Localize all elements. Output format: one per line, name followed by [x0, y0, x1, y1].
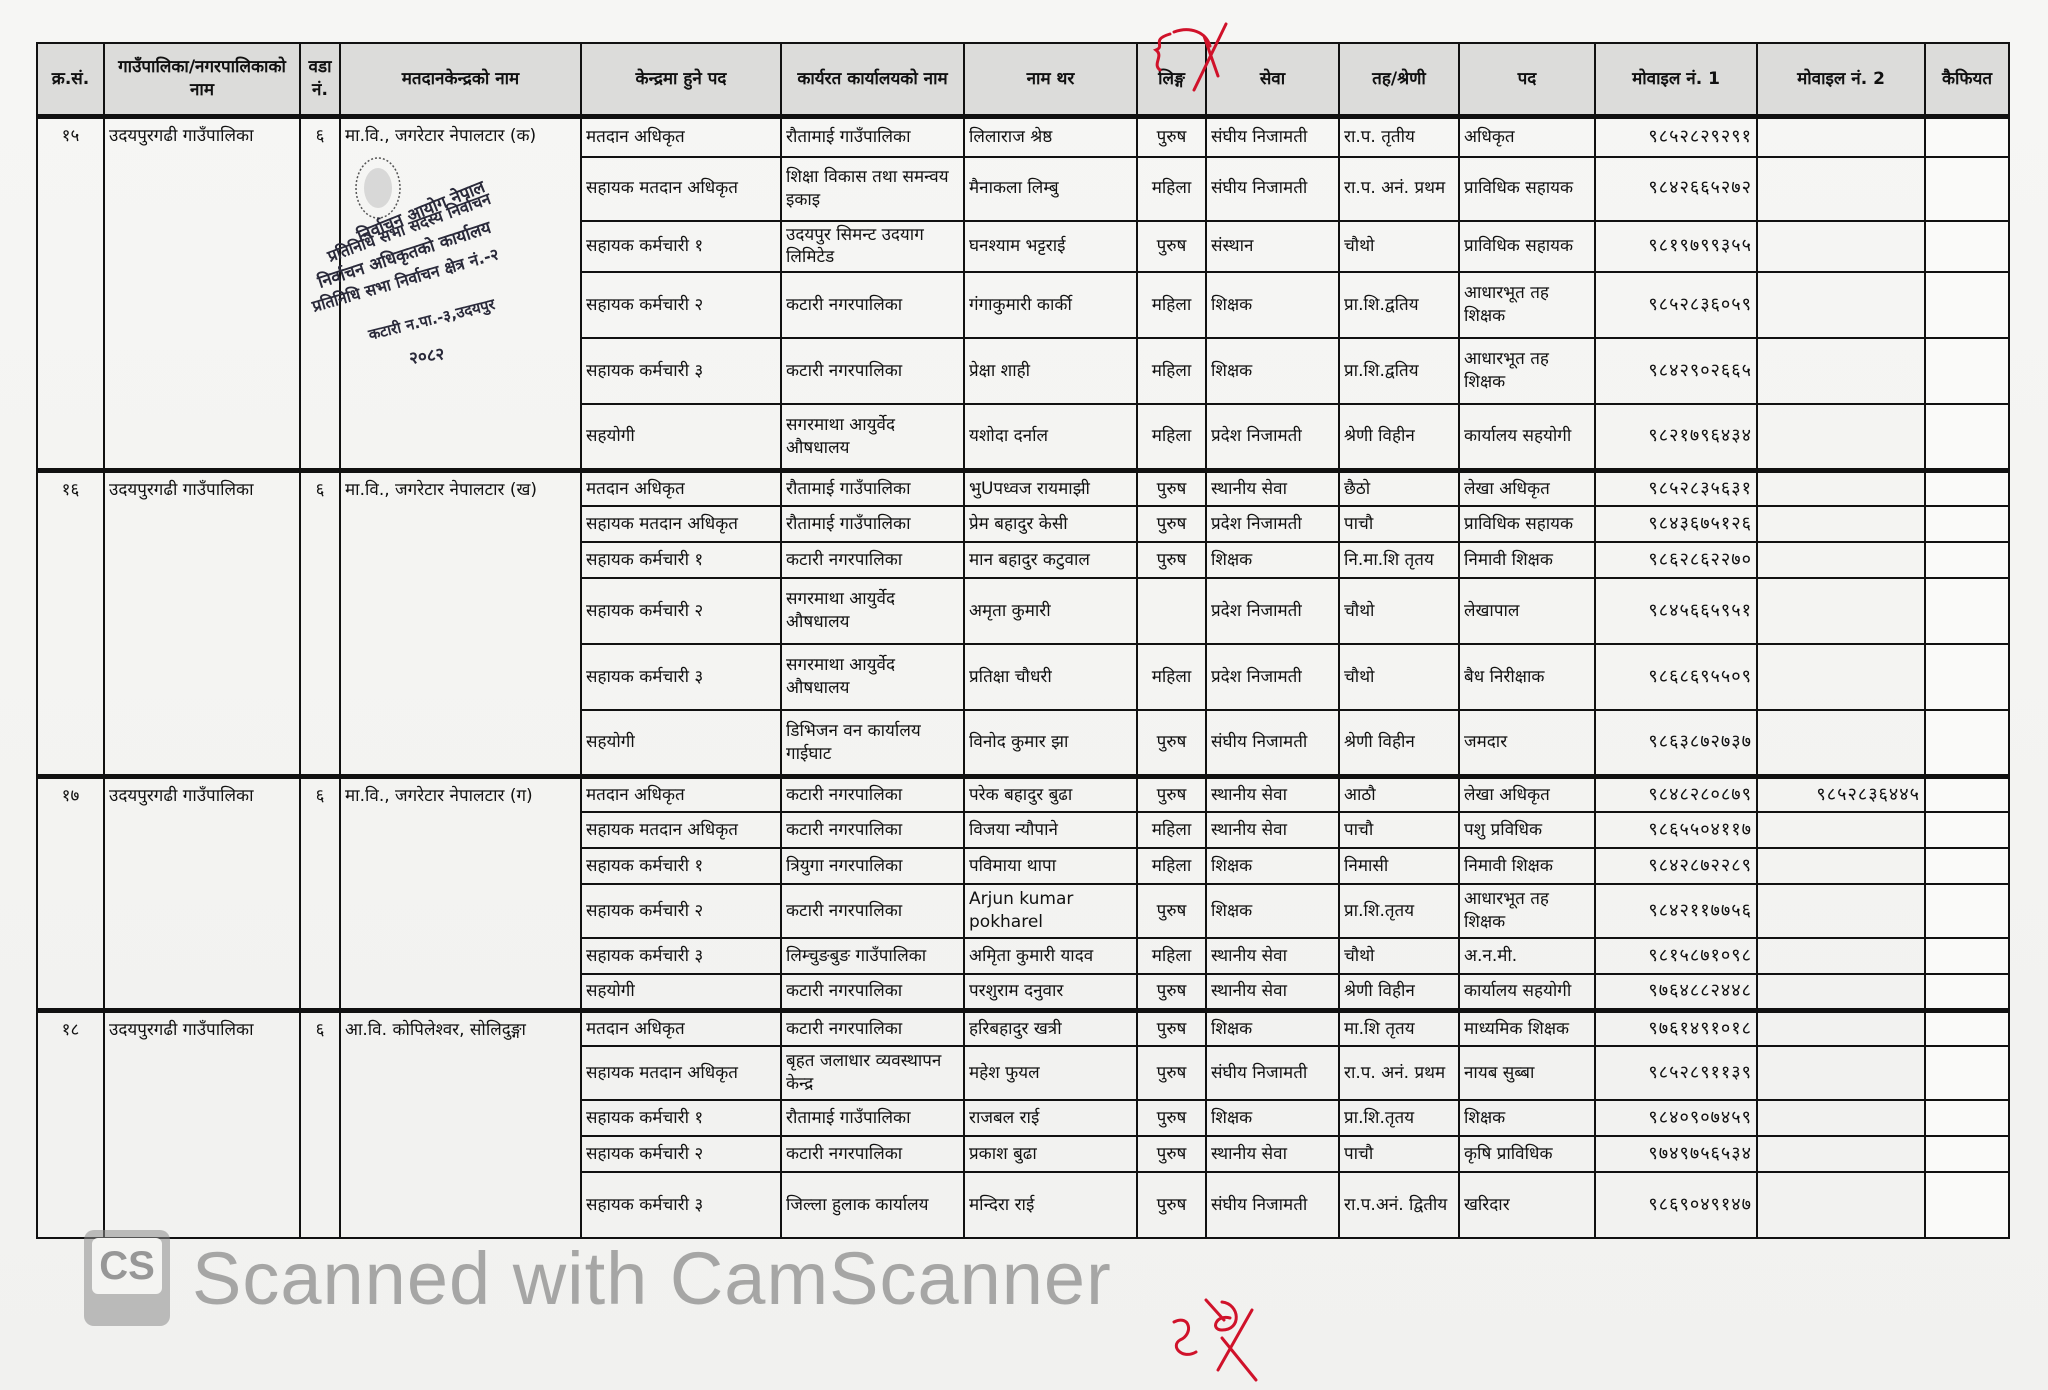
gender-cell: पुरुष — [1137, 974, 1206, 1010]
ward-cell: ६ — [300, 1010, 340, 1238]
post-cell: कृषि प्राविधिक — [1459, 1136, 1595, 1172]
remarks-cell — [1925, 506, 2009, 542]
mobile-1-cell: ९७६४८८२४४८ — [1595, 974, 1757, 1010]
remarks-cell — [1925, 644, 2009, 710]
polling-center-cell: मा.वि., जगरेटार नेपालटार (ग) — [340, 776, 581, 1010]
mobile-2-cell — [1757, 117, 1925, 157]
mobile-1-cell: ९८५२८९११३९ — [1595, 1046, 1757, 1100]
service-cell: संघीय निजामती — [1206, 1046, 1339, 1100]
level-cell: रा.प. अनं. प्रथम — [1339, 1046, 1459, 1100]
post-cell: लेखा अधिकृत — [1459, 470, 1595, 506]
municipality-cell: उदयपुरगढी गाउँपालिका — [104, 470, 300, 776]
gender-cell: महिला — [1137, 338, 1206, 404]
col-header-municipality: गाउँपालिका/नगरपालिकाको नाम — [104, 43, 300, 117]
mobile-2-cell — [1757, 338, 1925, 404]
post-cell: लेखा अधिकृत — [1459, 776, 1595, 812]
mobile-1-cell: ९७६१४९१०१८ — [1595, 1010, 1757, 1046]
level-cell: रा.प. अनं. प्रथम — [1339, 157, 1459, 221]
mobile-1-cell: ९८४२९०२६६५ — [1595, 338, 1757, 404]
remarks-cell — [1925, 221, 2009, 273]
person-name-cell: गंगाकुमारी कार्की — [964, 272, 1137, 338]
level-cell: श्रेणी विहीन — [1339, 710, 1459, 776]
post-cell: प्राविधिक सहायक — [1459, 157, 1595, 221]
service-cell: संघीय निजामती — [1206, 710, 1339, 776]
remarks-cell — [1925, 542, 2009, 578]
table-row: १७उदयपुरगढी गाउँपालिका६मा.वि., जगरेटार न… — [37, 776, 2009, 812]
mobile-2-cell — [1757, 1010, 1925, 1046]
mobile-1-cell: ९८१५८७१०९८ — [1595, 938, 1757, 974]
center-role-cell: सहायक कर्मचारी २ — [581, 884, 781, 938]
center-role-cell: सहायक कर्मचारी २ — [581, 578, 781, 644]
service-cell: स्थानीय सेवा — [1206, 974, 1339, 1010]
person-name-cell: प्रेम बहादुर केसी — [964, 506, 1137, 542]
person-name-cell: मान बहादुर कटुवाल — [964, 542, 1137, 578]
level-cell: चौथो — [1339, 644, 1459, 710]
gender-cell: महिला — [1137, 157, 1206, 221]
person-name-cell: अमिृता कुमारी यादव — [964, 938, 1137, 974]
post-cell: निमावी शिक्षक — [1459, 542, 1595, 578]
serial-number-cell: १६ — [37, 470, 104, 776]
mobile-1-cell: ९८५२८२९२९१ — [1595, 117, 1757, 157]
mobile-1-cell: ९७४९७५६५३४ — [1595, 1136, 1757, 1172]
remarks-cell — [1925, 884, 2009, 938]
municipality-cell: उदयपुरगढी गाउँपालिका — [104, 776, 300, 1010]
mobile-1-cell: ९८४५६६५९५१ — [1595, 578, 1757, 644]
office-cell: जिल्ला हुलाक कार्यालय — [781, 1172, 964, 1238]
municipality-cell: उदयपुरगढी गाउँपालिका — [104, 117, 300, 471]
mobile-2-cell — [1757, 157, 1925, 221]
level-cell: नि.मा.शि तृतय — [1339, 542, 1459, 578]
service-cell: शिक्षक — [1206, 338, 1339, 404]
mobile-2-cell — [1757, 938, 1925, 974]
post-cell: आधारभूत तह शिक्षक — [1459, 272, 1595, 338]
table-header-row: क्र.सं. गाउँपालिका/नगरपालिकाको नाम वडा न… — [37, 43, 2009, 117]
level-cell: चौथो — [1339, 221, 1459, 273]
col-header-ward: वडा नं. — [300, 43, 340, 117]
center-role-cell: सहायक कर्मचारी ३ — [581, 1172, 781, 1238]
mobile-1-cell: ९८१९७९९३५५ — [1595, 221, 1757, 273]
remarks-cell — [1925, 272, 2009, 338]
gender-cell: पुरुष — [1137, 1136, 1206, 1172]
mobile-1-cell: ९८६५५०४११७ — [1595, 812, 1757, 848]
mobile-2-cell — [1757, 272, 1925, 338]
scanned-page: क्र.सं. गाउँपालिका/नगरपालिकाको नाम वडा न… — [0, 0, 2048, 1390]
center-role-cell: सहयोगी — [581, 710, 781, 776]
col-header-gender: लिङ्ग — [1137, 43, 1206, 117]
center-role-cell: सहायक मतदान अधिकृत — [581, 812, 781, 848]
remarks-cell — [1925, 157, 2009, 221]
mobile-2-cell — [1757, 1136, 1925, 1172]
level-cell: श्रेणी विहीन — [1339, 974, 1459, 1010]
remarks-cell — [1925, 848, 2009, 884]
post-cell: लेखापाल — [1459, 578, 1595, 644]
level-cell: श्रेणी विहीन — [1339, 404, 1459, 470]
table-body: १५उदयपुरगढी गाउँपालिका६मा.वि., जगरेटार न… — [37, 117, 2009, 1239]
center-role-cell: मतदान अधिकृत — [581, 470, 781, 506]
office-cell: बृहत जलाधार व्यवस्थापन केन्द्र — [781, 1046, 964, 1100]
center-role-cell: सहायक कर्मचारी ३ — [581, 644, 781, 710]
service-cell: शिक्षक — [1206, 1100, 1339, 1136]
service-cell: शिक्षक — [1206, 848, 1339, 884]
col-header-sn: क्र.सं. — [37, 43, 104, 117]
level-cell: रा.प. तृतीय — [1339, 117, 1459, 157]
center-role-cell: सहायक कर्मचारी १ — [581, 542, 781, 578]
office-cell: कटारी नगरपालिका — [781, 974, 964, 1010]
remarks-cell — [1925, 117, 2009, 157]
post-cell: खरिदार — [1459, 1172, 1595, 1238]
remarks-cell — [1925, 1172, 2009, 1238]
mobile-2-cell — [1757, 884, 1925, 938]
level-cell: छैठो — [1339, 470, 1459, 506]
service-cell: स्थानीय सेवा — [1206, 470, 1339, 506]
service-cell: शिक्षक — [1206, 272, 1339, 338]
camscanner-watermark: CS Scanned with CamScanner — [84, 1228, 1112, 1328]
person-name-cell: मैनाकला लिम्बु — [964, 157, 1137, 221]
ward-cell: ६ — [300, 470, 340, 776]
remarks-cell — [1925, 1010, 2009, 1046]
person-name-cell: विजया न्यौपाने — [964, 812, 1137, 848]
remarks-cell — [1925, 812, 2009, 848]
center-role-cell: सहायक कर्मचारी २ — [581, 272, 781, 338]
serial-number-cell: १५ — [37, 117, 104, 471]
gender-cell: पुरुष — [1137, 710, 1206, 776]
service-cell: स्थानीय सेवा — [1206, 938, 1339, 974]
col-header-remarks: कैफियत — [1925, 43, 2009, 117]
service-cell: स्थानीय सेवा — [1206, 776, 1339, 812]
remarks-cell — [1925, 974, 2009, 1010]
office-cell: कटारी नगरपालिका — [781, 272, 964, 338]
post-cell: पशु प्रविधिक — [1459, 812, 1595, 848]
col-header-name: नाम थर — [964, 43, 1137, 117]
ward-cell: ६ — [300, 776, 340, 1010]
polling-center-cell: मा.वि., जगरेटार नेपालटार (क) — [340, 117, 581, 471]
remarks-cell — [1925, 776, 2009, 812]
center-role-cell: सहायक मतदान अधिकृत — [581, 506, 781, 542]
service-cell: प्रदेश निजामती — [1206, 578, 1339, 644]
office-cell: रौतामाई गाउँपालिका — [781, 1100, 964, 1136]
gender-cell: पुरुष — [1137, 776, 1206, 812]
service-cell: शिक्षक — [1206, 542, 1339, 578]
person-name-cell: लिलाराज श्रेष्ठ — [964, 117, 1137, 157]
office-cell: कटारी नगरपालिका — [781, 1010, 964, 1046]
office-cell: कटारी नगरपालिका — [781, 1136, 964, 1172]
person-name-cell: विनोद कुमार झा — [964, 710, 1137, 776]
post-cell: प्राविधिक सहायक — [1459, 506, 1595, 542]
post-cell: कार्यालय सहयोगी — [1459, 404, 1595, 470]
remarks-cell — [1925, 578, 2009, 644]
person-name-cell: प्रेक्षा शाही — [964, 338, 1137, 404]
gender-cell: पुरुष — [1137, 221, 1206, 273]
mobile-1-cell: ९८६२८६२२७० — [1595, 542, 1757, 578]
office-cell: रौतामाई गाउँपालिका — [781, 470, 964, 506]
center-role-cell: सहायक कर्मचारी ३ — [581, 338, 781, 404]
center-role-cell: सहयोगी — [581, 974, 781, 1010]
polling-center-cell: मा.वि., जगरेटार नेपालटार (ख) — [340, 470, 581, 776]
mobile-2-cell — [1757, 578, 1925, 644]
gender-cell: पुरुष — [1137, 117, 1206, 157]
person-name-cell: मन्दिरा राई — [964, 1172, 1137, 1238]
post-cell: आधारभूत तह शिक्षक — [1459, 884, 1595, 938]
municipality-cell: उदयपुरगढी गाउँपालिका — [104, 1010, 300, 1238]
service-cell: संघीय निजामती — [1206, 157, 1339, 221]
gender-cell — [1137, 578, 1206, 644]
person-name-cell: प्रतिक्षा चौधरी — [964, 644, 1137, 710]
mobile-2-cell — [1757, 506, 1925, 542]
red-pen-page-mark — [1160, 1300, 1270, 1380]
table-row: १५उदयपुरगढी गाउँपालिका६मा.वि., जगरेटार न… — [37, 117, 2009, 157]
mobile-2-cell — [1757, 812, 1925, 848]
gender-cell: पुरुष — [1137, 1100, 1206, 1136]
staff-assignment-table: क्र.सं. गाउँपालिका/नगरपालिकाको नाम वडा न… — [36, 42, 2010, 1239]
remarks-cell — [1925, 938, 2009, 974]
col-header-office: कार्यरत कार्यालयको नाम — [781, 43, 964, 117]
office-cell: कटारी नगरपालिका — [781, 776, 964, 812]
remarks-cell — [1925, 470, 2009, 506]
table-row: १८उदयपुरगढी गाउँपालिका६आ.वि. कोपिलेश्वर,… — [37, 1010, 2009, 1046]
office-cell: कटारी नगरपालिका — [781, 542, 964, 578]
mobile-2-cell — [1757, 1100, 1925, 1136]
mobile-1-cell: ९८६८६९५५०९ — [1595, 644, 1757, 710]
gender-cell: पुरुष — [1137, 506, 1206, 542]
gender-cell: पुरुष — [1137, 884, 1206, 938]
mobile-2-cell — [1757, 848, 1925, 884]
col-header-polling-center: मतदानकेन्द्रको नाम — [340, 43, 581, 117]
level-cell: पाचौ — [1339, 1136, 1459, 1172]
mobile-1-cell: ९८४२८७२२८९ — [1595, 848, 1757, 884]
post-cell: अ.न.मी. — [1459, 938, 1595, 974]
center-role-cell: सहायक कर्मचारी १ — [581, 1100, 781, 1136]
service-cell: संघीय निजामती — [1206, 117, 1339, 157]
office-cell: त्रियुगा नगरपालिका — [781, 848, 964, 884]
person-name-cell: प्रकाश बुढा — [964, 1136, 1137, 1172]
remarks-cell — [1925, 1046, 2009, 1100]
col-header-service: सेवा — [1206, 43, 1339, 117]
gender-cell: पुरुष — [1137, 1010, 1206, 1046]
center-role-cell: मतदान अधिकृत — [581, 776, 781, 812]
service-cell: शिक्षक — [1206, 1010, 1339, 1046]
mobile-2-cell — [1757, 221, 1925, 273]
mobile-2-cell — [1757, 470, 1925, 506]
center-role-cell: सहायक कर्मचारी २ — [581, 1136, 781, 1172]
post-cell: आधारभूत तह शिक्षक — [1459, 338, 1595, 404]
office-cell: रौतामाई गाउँपालिका — [781, 117, 964, 157]
gender-cell: पुरुष — [1137, 542, 1206, 578]
post-cell: जमदार — [1459, 710, 1595, 776]
person-name-cell: यशोदा दर्नाल — [964, 404, 1137, 470]
mobile-1-cell: ९८५२८३५६३१ — [1595, 470, 1757, 506]
gender-cell: महिला — [1137, 404, 1206, 470]
level-cell: प्रा.शि.द्वतिय — [1339, 338, 1459, 404]
person-name-cell: भुUपध्वज रायमाझी — [964, 470, 1137, 506]
mobile-2-cell — [1757, 1172, 1925, 1238]
level-cell: पाचौ — [1339, 812, 1459, 848]
remarks-cell — [1925, 338, 2009, 404]
post-cell: बैध निरीक्षाक — [1459, 644, 1595, 710]
center-role-cell: सहायक कर्मचारी ३ — [581, 938, 781, 974]
service-cell: प्रदेश निजामती — [1206, 404, 1339, 470]
camscanner-logo-icon: CS — [84, 1230, 170, 1326]
col-header-post: पद — [1459, 43, 1595, 117]
gender-cell: महिला — [1137, 644, 1206, 710]
col-header-mobile-2: मोवाइल नं. 2 — [1757, 43, 1925, 117]
mobile-1-cell: ९८४०९०७४५९ — [1595, 1100, 1757, 1136]
mobile-1-cell: ९८५२८३६०५९ — [1595, 272, 1757, 338]
gender-cell: महिला — [1137, 812, 1206, 848]
mobile-1-cell: ९८२१७९६४३४ — [1595, 404, 1757, 470]
post-cell: प्राविधिक सहायक — [1459, 221, 1595, 273]
office-cell: कटारी नगरपालिका — [781, 338, 964, 404]
post-cell: शिक्षक — [1459, 1100, 1595, 1136]
mobile-2-cell — [1757, 404, 1925, 470]
post-cell: निमावी शिक्षक — [1459, 848, 1595, 884]
person-name-cell: महेश फुयल — [964, 1046, 1137, 1100]
service-cell: स्थानीय सेवा — [1206, 1136, 1339, 1172]
mobile-1-cell: ९८४२११७७५६ — [1595, 884, 1757, 938]
mobile-2-cell — [1757, 974, 1925, 1010]
post-cell: नायब सुब्बा — [1459, 1046, 1595, 1100]
serial-number-cell: १८ — [37, 1010, 104, 1238]
table-row: १६उदयपुरगढी गाउँपालिका६मा.वि., जगरेटार न… — [37, 470, 2009, 506]
level-cell: मा.शि तृतय — [1339, 1010, 1459, 1046]
mobile-1-cell: ९८४८२८०८७९ — [1595, 776, 1757, 812]
level-cell: आठौ — [1339, 776, 1459, 812]
center-role-cell: मतदान अधिकृत — [581, 1010, 781, 1046]
service-cell: संघीय निजामती — [1206, 1172, 1339, 1238]
remarks-cell — [1925, 404, 2009, 470]
remarks-cell — [1925, 1100, 2009, 1136]
mobile-2-cell — [1757, 542, 1925, 578]
person-name-cell: घनश्याम भट्टराई — [964, 221, 1137, 273]
remarks-cell — [1925, 710, 2009, 776]
person-name-cell: पविमाया थापा — [964, 848, 1137, 884]
level-cell: प्रा.शि.तृतय — [1339, 884, 1459, 938]
center-role-cell: मतदान अधिकृत — [581, 117, 781, 157]
mobile-2-cell — [1757, 644, 1925, 710]
watermark-text: Scanned with CamScanner — [192, 1236, 1112, 1321]
person-name-cell: परशुराम दनुवार — [964, 974, 1137, 1010]
office-cell: डिभिजन वन कार्यालय गाईघाट — [781, 710, 964, 776]
gender-cell: महिला — [1137, 848, 1206, 884]
center-role-cell: सहायक कर्मचारी १ — [581, 848, 781, 884]
office-cell: रौतामाई गाउँपालिका — [781, 506, 964, 542]
person-name-cell: अमृता कुमारी — [964, 578, 1137, 644]
col-header-center-role: केन्द्रमा हुने पद — [581, 43, 781, 117]
gender-cell: पुरुष — [1137, 470, 1206, 506]
mobile-1-cell: ९८६९०४९१४७ — [1595, 1172, 1757, 1238]
office-cell: कटारी नगरपालिका — [781, 812, 964, 848]
level-cell: रा.प.अनं. द्वितीय — [1339, 1172, 1459, 1238]
center-role-cell: सहायक मतदान अधिकृत — [581, 157, 781, 221]
center-role-cell: सहायक कर्मचारी १ — [581, 221, 781, 273]
mobile-1-cell: ९८४३६७५१२६ — [1595, 506, 1757, 542]
person-name-cell: राजबल राई — [964, 1100, 1137, 1136]
office-cell: लिम्चुङबुङ गाउँपालिका — [781, 938, 964, 974]
office-cell: सगरमाथा आयुर्वेद औषधालय — [781, 404, 964, 470]
level-cell: चौथो — [1339, 578, 1459, 644]
office-cell: उदयपुर सिमन्ट उदयाग लिमिटेड — [781, 221, 964, 273]
gender-cell: पुरुष — [1137, 1172, 1206, 1238]
office-cell: शिक्षा विकास तथा समन्वय इकाइ — [781, 157, 964, 221]
office-cell: कटारी नगरपालिका — [781, 884, 964, 938]
post-cell: कार्यालय सहयोगी — [1459, 974, 1595, 1010]
level-cell: पाचौ — [1339, 506, 1459, 542]
office-cell: सगरमाथा आयुर्वेद औषधालय — [781, 644, 964, 710]
level-cell: प्रा.शि.द्वतिय — [1339, 272, 1459, 338]
mobile-1-cell: ९८४२६६५२७२ — [1595, 157, 1757, 221]
mobile-2-cell: ९८५२८३६४४५ — [1757, 776, 1925, 812]
remarks-cell — [1925, 1136, 2009, 1172]
person-name-cell: Arjun kumar pokharel — [964, 884, 1137, 938]
serial-number-cell: १७ — [37, 776, 104, 1010]
service-cell: प्रदेश निजामती — [1206, 644, 1339, 710]
service-cell: स्थानीय सेवा — [1206, 812, 1339, 848]
polling-center-cell: आ.वि. कोपिलेश्वर, सोलिदुङ्गा — [340, 1010, 581, 1238]
service-cell: प्रदेश निजामती — [1206, 506, 1339, 542]
person-name-cell: परेक बहादुर बुढा — [964, 776, 1137, 812]
level-cell: निमासी — [1339, 848, 1459, 884]
center-role-cell: सहायक मतदान अधिकृत — [581, 1046, 781, 1100]
post-cell: अधिकृत — [1459, 117, 1595, 157]
mobile-1-cell: ९८६३८७२७३७ — [1595, 710, 1757, 776]
mobile-2-cell — [1757, 710, 1925, 776]
level-cell: चौथो — [1339, 938, 1459, 974]
col-header-level: तह/श्रेणी — [1339, 43, 1459, 117]
mobile-2-cell — [1757, 1046, 1925, 1100]
col-header-mobile-1: मोवाइल नं. 1 — [1595, 43, 1757, 117]
service-cell: शिक्षक — [1206, 884, 1339, 938]
post-cell: माध्यमिक शिक्षक — [1459, 1010, 1595, 1046]
gender-cell: महिला — [1137, 272, 1206, 338]
gender-cell: पुरुष — [1137, 1046, 1206, 1100]
service-cell: संस्थान — [1206, 221, 1339, 273]
center-role-cell: सहयोगी — [581, 404, 781, 470]
person-name-cell: हरिबहादुर खत्री — [964, 1010, 1137, 1046]
gender-cell: महिला — [1137, 938, 1206, 974]
ward-cell: ६ — [300, 117, 340, 471]
level-cell: प्रा.शि.तृतय — [1339, 1100, 1459, 1136]
office-cell: सगरमाथा आयुर्वेद औषधालय — [781, 578, 964, 644]
